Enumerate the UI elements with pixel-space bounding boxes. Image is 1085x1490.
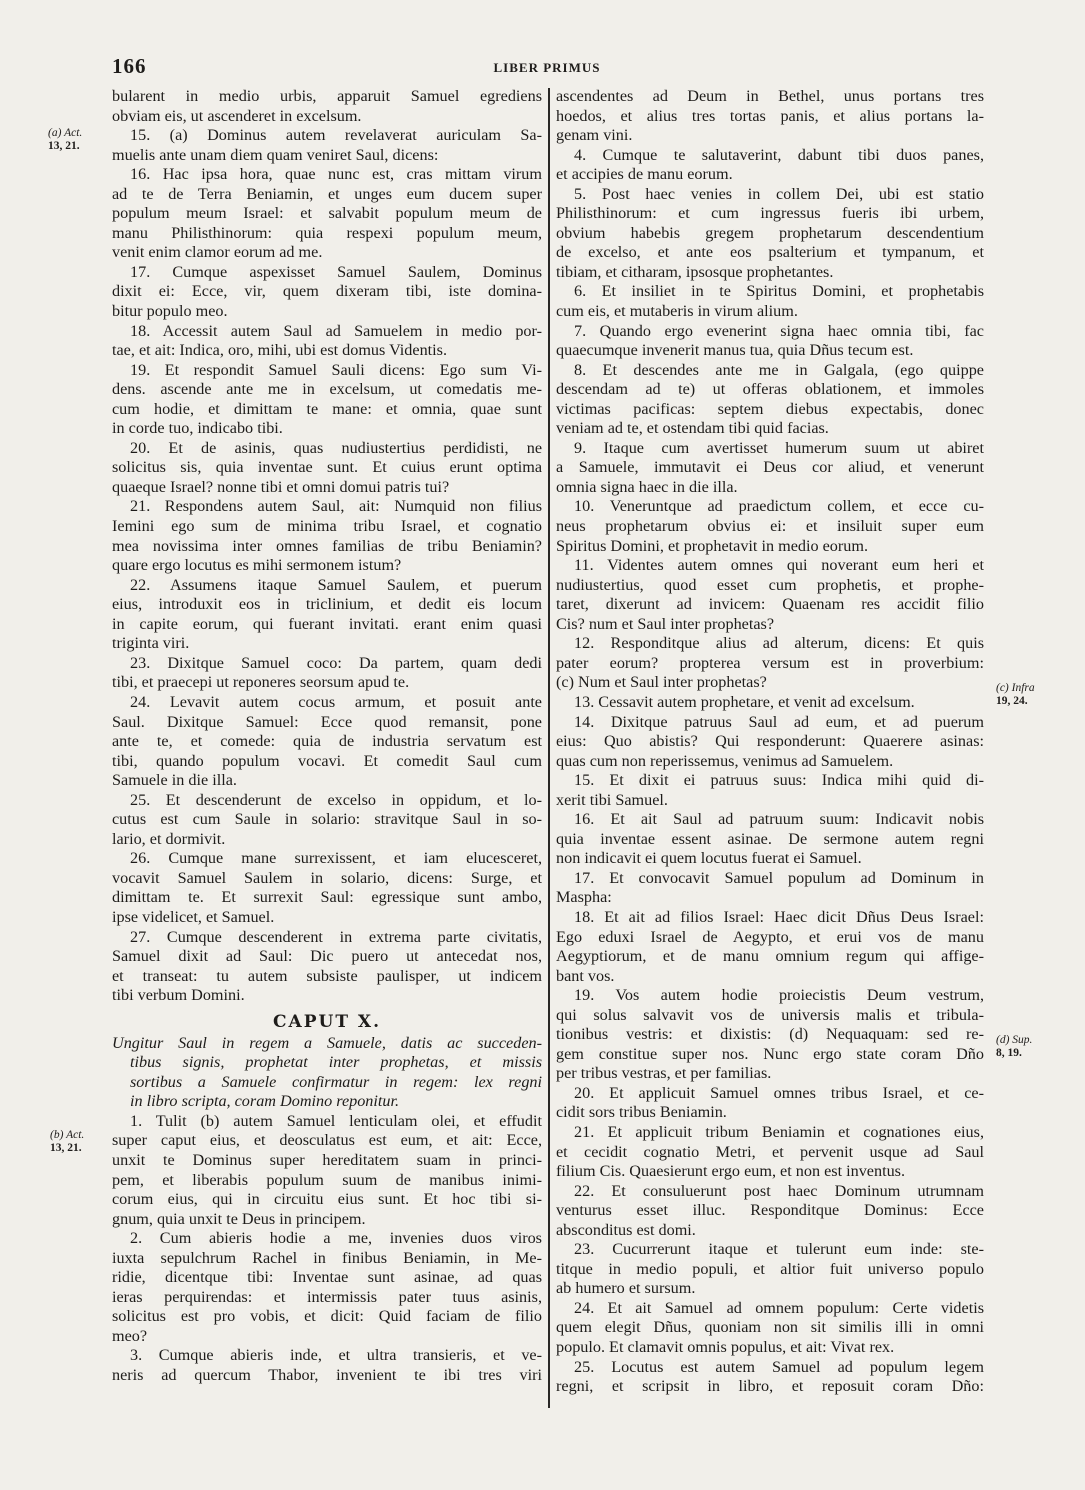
text-line: cidit sors tribus Beniamin. — [556, 1103, 984, 1123]
verse-line: 19. Vos autem hodie proiecistis Deum ves… — [556, 986, 984, 1006]
verse-line: 23. Dixitque Samuel coco: Da partem, qua… — [112, 654, 542, 674]
text-line: tibus signis, prophetat inter prophetas,… — [112, 1053, 542, 1073]
text-line: dens. ascende ante me in excelsum, ut co… — [112, 380, 542, 400]
text-line: iuxta sepulchrum Rachel in finibus Benia… — [112, 1249, 542, 1269]
chapter-summary: Ungitur Saul in regem a Samuele, datis a… — [112, 1034, 542, 1112]
text-line: ante te, et comede: quia de industria se… — [112, 732, 542, 752]
verse-line: 2. Cum abieris hodie a me, invenies duos… — [112, 1229, 542, 1249]
margin-note-ref: 8, 19. — [996, 1047, 1076, 1060]
verse-line: 15. (a) Dominus autem revelaverat auricu… — [112, 126, 542, 146]
text-line: quare ergo locutus es mihi sermonem istu… — [112, 556, 542, 576]
margin-note-b: (b) Act. 13, 21. — [50, 1129, 112, 1155]
text-line: ab humero et sursum. — [556, 1279, 984, 1299]
text-line: regni, et scripsit in libro, et reposuit… — [556, 1377, 984, 1397]
verse-line: 8. Et descendes ante me in Galgala, (ego… — [556, 361, 984, 381]
text-line: eius, introduxit eos in triclinium, et d… — [112, 595, 542, 615]
text-line: meo? — [112, 1327, 542, 1347]
verse-line: 17. Et convocavit Samuel populum ad Domi… — [556, 869, 984, 889]
right-column: ascendentes ad Deum in Bethel, unus port… — [556, 87, 984, 1397]
text-line: quaecumque invenerit manus tua, quia Dñu… — [556, 341, 984, 361]
text-line: corum eius, qui in circuitu eius sunt. E… — [112, 1190, 542, 1210]
text-line: bant vos. — [556, 967, 984, 987]
text-line: in capite eorum, qui fuerant invitati. e… — [112, 615, 542, 635]
text-line: genam vini. — [556, 126, 984, 146]
verse-line: 14. Dixitque patruus Saul ad eum, et ad … — [556, 713, 984, 733]
text-line: solicitus sis, quia inventae sunt. Et cu… — [112, 458, 542, 478]
text-line: cum eis, et mutaberis in virum alium. — [556, 302, 984, 322]
text-line: tionibus vestris: et dixistis: (d) Nequa… — [556, 1025, 984, 1045]
verse-line: 20. Et de asinis, quas nudiustertius per… — [112, 439, 542, 459]
right-column-text: ascendentes ad Deum in Bethel, unus port… — [556, 87, 984, 1397]
text-line: Spiritus Domini, et prophetavit in medio… — [556, 537, 984, 557]
text-line: in libro scripta, coram Domino reponitur… — [112, 1092, 542, 1112]
text-line: qui solus salvavit vos de universis mali… — [556, 1006, 984, 1026]
verse-line: 16. Hac ipsa hora, quae nunc est, cras m… — [112, 165, 542, 185]
text-line: bularent in medio urbis, apparuit Samuel… — [112, 87, 542, 107]
text-line: populo. Et clamavit omnis populus, et ai… — [556, 1338, 984, 1358]
text-line: Cis? num et Saul inter prophetas? — [556, 615, 984, 635]
text-line: non indicavit ei quem locutus fuerat ei … — [556, 849, 984, 869]
text-line: quas cum non reperissemus, venimus ad Sa… — [556, 752, 984, 772]
text-line: gnum, quia unxit te Deus in principem. — [112, 1210, 542, 1230]
text-line: obviam eis, ut ascenderet in excelsum. — [112, 107, 542, 127]
text-line: omnia signa haec in die illa. — [556, 478, 984, 498]
text-line: pater eorum? propterea versum est in pro… — [556, 654, 984, 674]
text-line: venturus esset illuc. Responditque Domin… — [556, 1201, 984, 1221]
text-line: super caput eius, et deosculatus est eum… — [112, 1131, 542, 1151]
text-line: et transeat: tu autem subsiste paulisper… — [112, 967, 542, 987]
text-line: mea novissima inter omnes familias de tr… — [112, 537, 542, 557]
text-line: xerit tibi Samuel. — [556, 791, 984, 811]
text-line: quia inventae essent asinae. De sermone … — [556, 830, 984, 850]
verse-line: 21. Respondens autem Saul, ait: Numquid … — [112, 497, 542, 517]
text-line: Ego eduxi Israel de Aegypto, et erui vos… — [556, 928, 984, 948]
text-line: victimas pacificas: septem diebus expect… — [556, 400, 984, 420]
text-line: tibiam, et citharam, ipsosque prophetant… — [556, 263, 984, 283]
text-line: vocavit Samuel Saulem in solario, dicens… — [112, 869, 542, 889]
verse-line: 15. Et dixit ei patruus suus: Indica mih… — [556, 771, 984, 791]
text-line: Ungitur Saul in regem a Samuele, datis a… — [112, 1034, 542, 1054]
text-line: lario, et dormivit. — [112, 830, 542, 850]
text-line: dimittam te. Et surrexit Saul: egressiqu… — [112, 888, 542, 908]
left-column-text-after: 1. Tulit (b) autem Samuel lenticulam ole… — [112, 1112, 542, 1386]
text-line: et accipies de manu eorum. — [556, 165, 984, 185]
text-line: manu Philisthinorum: quia respexi populu… — [112, 224, 542, 244]
verse-line: 19. Et respondit Samuel Sauli dicens: Eg… — [112, 361, 542, 381]
text-line: sortibus a Samuele confirmatur in regem:… — [112, 1073, 542, 1093]
text-line: Philisthinorum: et cum ingressus fueris … — [556, 204, 984, 224]
text-line: Iemini ego sum de minima tribu Israel, e… — [112, 517, 542, 537]
verse-line: 12. Responditque alius ad alterum, dicen… — [556, 634, 984, 654]
verse-line: 26. Cumque mane surrexissent, et iam elu… — [112, 849, 542, 869]
verse-line: 3. Cumque abieris inde, et ultra transie… — [112, 1346, 542, 1366]
text-line: ascendentes ad Deum in Bethel, unus port… — [556, 87, 984, 107]
margin-note-ref: 13, 21. — [48, 140, 110, 153]
text-line: tae, et ait: Indica, oro, mihi, ubi est … — [112, 341, 542, 361]
margin-note-label: (d) Sup. — [996, 1034, 1076, 1047]
margin-note-a: (a) Act. 13, 21. — [48, 127, 110, 153]
verse-line: 23. Cucurrerunt itaque et tulerunt eum i… — [556, 1240, 984, 1260]
text-line: de excelso, et ante eos psalterium et ty… — [556, 243, 984, 263]
verse-line: 7. Quando ergo evenerint signa haec omni… — [556, 322, 984, 342]
verse-line: 22. Et consuluerunt post haec Dominum ut… — [556, 1182, 984, 1202]
verse-line: 13. Cessavit autem prophetare, et venit … — [556, 693, 984, 713]
text-line: nudiustertius, quod esset cum prophetis,… — [556, 576, 984, 596]
verse-line: 10. Veneruntque ad praedictum collem, et… — [556, 497, 984, 517]
verse-line: 25. Et descenderunt de excelso in oppidu… — [112, 791, 542, 811]
margin-note-label: (a) Act. — [48, 127, 110, 140]
text-line: in corde tuo, indicabo tibi. — [112, 419, 542, 439]
running-head: LIBER PRIMUS — [112, 60, 982, 76]
text-line: unxit te Dominus super hereditatem suam … — [112, 1151, 542, 1171]
text-line: absconditus est domi. — [556, 1221, 984, 1241]
text-line: cutus est cum Saule in solario: stravitq… — [112, 810, 542, 830]
text-line: eius: Quo abistis? Qui responderunt: Qua… — [556, 732, 984, 752]
left-column-text: bularent in medio urbis, apparuit Samuel… — [112, 87, 542, 1006]
text-line: neris ad quercum Thabor, invenient te ib… — [112, 1366, 542, 1386]
verse-line: 1. Tulit (b) autem Samuel lenticulam ole… — [112, 1112, 542, 1132]
margin-note-ref: 13, 21. — [50, 1142, 112, 1155]
text-line: dixit ei: Ecce, vir, quem dixeram tibi, … — [112, 282, 542, 302]
text-line: Samuel dixit ad Saul: Dic puero ut antec… — [112, 947, 542, 967]
text-line: titque in medio populi, et altior fuit u… — [556, 1260, 984, 1280]
text-line: descendam ad te) ut offeras oblationem, … — [556, 380, 984, 400]
text-line: neus prophetarum obvius ei: et insiluit … — [556, 517, 984, 537]
text-line: quaeque Israel? nonne tibi et omni domui… — [112, 478, 542, 498]
verse-line: 18. Et ait ad filios Israel: Haec dicit … — [556, 908, 984, 928]
text-line: gem constitue super nos. Nunc ergo state… — [556, 1045, 984, 1065]
margin-note-label: (c) Infra — [996, 682, 1076, 695]
text-line: Maspha: — [556, 888, 984, 908]
page-header: 166 LIBER PRIMUS — [112, 54, 982, 80]
left-column: bularent in medio urbis, apparuit Samuel… — [112, 87, 542, 1386]
text-line: tibi, quando populum vocavi. Et comedit … — [112, 752, 542, 772]
margin-note-ref: 19, 24. — [996, 695, 1076, 708]
verse-line: 9. Itaque cum avertisset humerum suum ut… — [556, 439, 984, 459]
column-divider — [548, 88, 550, 1408]
text-line: quem elegit Dñus, quoniam non sit simili… — [556, 1318, 984, 1338]
text-line: bitur populo meo. — [112, 302, 542, 322]
text-line: tibi verbum Domini. — [112, 986, 542, 1006]
text-line: triginta viri. — [112, 634, 542, 654]
verse-line: 17. Cumque aspexisset Samuel Saulem, Dom… — [112, 263, 542, 283]
text-line: a Samuele, immutavit ei Deus cor aliud, … — [556, 458, 984, 478]
verse-line: 20. Et applicuit Samuel omnes tribus Isr… — [556, 1084, 984, 1104]
text-line: muelis ante unam diem quam veniret Saul,… — [112, 146, 542, 166]
text-line: per tribus vestras, et per familias. — [556, 1064, 984, 1084]
verse-line: 11. Videntes autem omnes qui noverant eu… — [556, 556, 984, 576]
verse-line: 21. Et applicuit tribum Beniamin et cogn… — [556, 1123, 984, 1143]
margin-note-label: (b) Act. — [50, 1129, 112, 1142]
verse-line: 5. Post haec venies in collem Dei, ubi e… — [556, 185, 984, 205]
text-line: ieras perquirendas: et intermissis pater… — [112, 1288, 542, 1308]
verse-line: 25. Locutus est autem Samuel ad populum … — [556, 1358, 984, 1378]
text-line: ridie, dicentque tibi: Inventae sunt asi… — [112, 1268, 542, 1288]
verse-line: 18. Accessit autem Saul ad Samuelem in m… — [112, 322, 542, 342]
text-line: obvium habebis gregem prophetarum descen… — [556, 224, 984, 244]
text-line: Saul. Dixitque Samuel: Ecce quod remansi… — [112, 713, 542, 733]
verse-line: 6. Et insiliet in te Spiritus Domini, et… — [556, 282, 984, 302]
text-line: solicitus est pro vobis, et dicit: Quid … — [112, 1307, 542, 1327]
text-line: (c) Num et Saul inter prophetas? — [556, 673, 984, 693]
text-line: et cecidit cognatio Metri, et pervenit u… — [556, 1143, 984, 1163]
verse-line: 4. Cumque te salutaverint, dabunt tibi d… — [556, 146, 984, 166]
chapter-heading: CAPUT X. — [112, 1010, 542, 1034]
verse-line: 24. Et ait Samuel ad omnem populum: Cert… — [556, 1299, 984, 1319]
text-line: ipse videlicet, et Samuel. — [112, 908, 542, 928]
text-line: hoedos, et alius tres tortas panis, et a… — [556, 107, 984, 127]
verse-line: 24. Levavit autem cocus armum, et posuit… — [112, 693, 542, 713]
text-line: populum meum Israel: et salvabit populum… — [112, 204, 542, 224]
text-line: Samuele in die illa. — [112, 771, 542, 791]
text-line: veniam ad te, et ostendam tibi quid faci… — [556, 419, 984, 439]
text-line: pem, et liberabis populum suum de manibu… — [112, 1171, 542, 1191]
verse-line: 27. Cumque descenderent in extrema parte… — [112, 928, 542, 948]
text-line: cum hodie, et dimittam te mane: et omnia… — [112, 400, 542, 420]
margin-note-d: (d) Sup. 8, 19. — [996, 1034, 1076, 1060]
text-line: taret, dixerunt ad invicem: Quaenam res … — [556, 595, 984, 615]
text-line: tibi, et praecepi ut reponeres seorsum a… — [112, 673, 542, 693]
margin-note-c: (c) Infra 19, 24. — [996, 682, 1076, 708]
text-line: filium Cis. Quaesierunt ergo eum, et non… — [556, 1162, 984, 1182]
text-line: ad te de Terra Beniamin, et unges eum du… — [112, 185, 542, 205]
text-line: venit enim clamor eorum ad me. — [112, 243, 542, 263]
text-line: Aegyptiorum, et de manu omnium regum qui… — [556, 947, 984, 967]
verse-line: 16. Et ait Saul ad patruum suum: Indicav… — [556, 810, 984, 830]
verse-line: 22. Assumens itaque Samuel Saulem, et pu… — [112, 576, 542, 596]
